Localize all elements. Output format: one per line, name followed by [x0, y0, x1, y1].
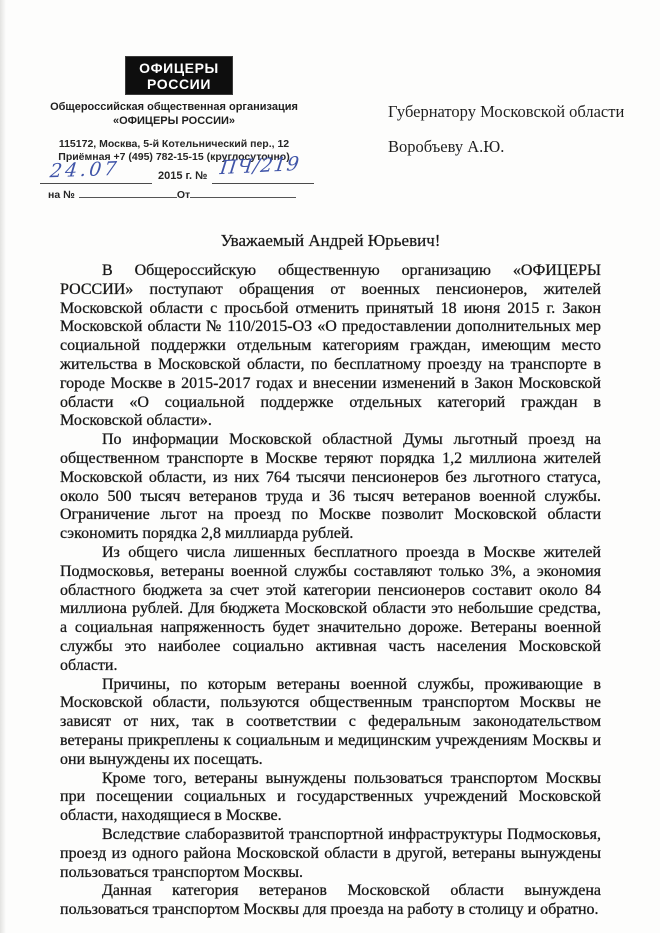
recipient-title: Губернатору Московской области	[388, 102, 638, 121]
ref-na-blank	[79, 188, 177, 198]
scanned-letter-page: ОФИЦЕРЫ РОССИИ Общероссийская общественн…	[0, 0, 660, 933]
printed-year-number-label: 2015 г. №	[158, 170, 207, 182]
recipient-block: Губернатору Московской области Воробъеву…	[388, 102, 638, 156]
paragraph-3: Из общего числа лишенных бесплатного про…	[60, 544, 601, 676]
paragraph-4: Причины, по которым ветераны военной слу…	[60, 676, 601, 770]
paragraph-7: Данная категория ветеранов Московской об…	[60, 882, 601, 920]
org-logo-line1: ОФИЦЕРЫ	[139, 60, 219, 76]
org-name-block: Общероссийская общественная организация …	[26, 101, 322, 128]
org-name-line2: «ОФИЦЕРЫ РОССИИ»	[26, 115, 322, 129]
reference-line: на №От	[48, 188, 296, 201]
ref-ot-label: От	[177, 189, 190, 201]
paragraph-1: В Общероссийскую общественную организаци…	[60, 262, 601, 431]
paragraph-2: По информации Московской областной Думы …	[60, 431, 601, 544]
paragraph-6: Вследствие слаборазвитой транспортной ин…	[60, 826, 601, 882]
org-address: 115172, Москва, 5-й Котельнический пер.,…	[26, 138, 322, 151]
ref-ot-blank	[190, 188, 296, 198]
date-underline	[40, 183, 152, 184]
ref-na-label: на №	[48, 189, 75, 201]
handwritten-date: 24.07	[49, 158, 121, 183]
salutation: Уважаемый Андрей Юрьевич!	[60, 231, 601, 251]
org-logo-line2: РОССИИ	[147, 76, 211, 92]
handwritten-outgoing-number: ПЧ/219	[219, 153, 302, 179]
org-name-line1: Общероссийская общественная организация	[26, 101, 322, 115]
recipient-name: Воробъеву А.Ю.	[388, 137, 638, 156]
letter-body: В Общероссийскую общественную организаци…	[60, 262, 601, 920]
paragraph-5: Кроме того, ветераны вынуждены пользоват…	[60, 770, 601, 826]
org-logo: ОФИЦЕРЫ РОССИИ	[125, 56, 233, 95]
number-underline	[212, 183, 314, 184]
